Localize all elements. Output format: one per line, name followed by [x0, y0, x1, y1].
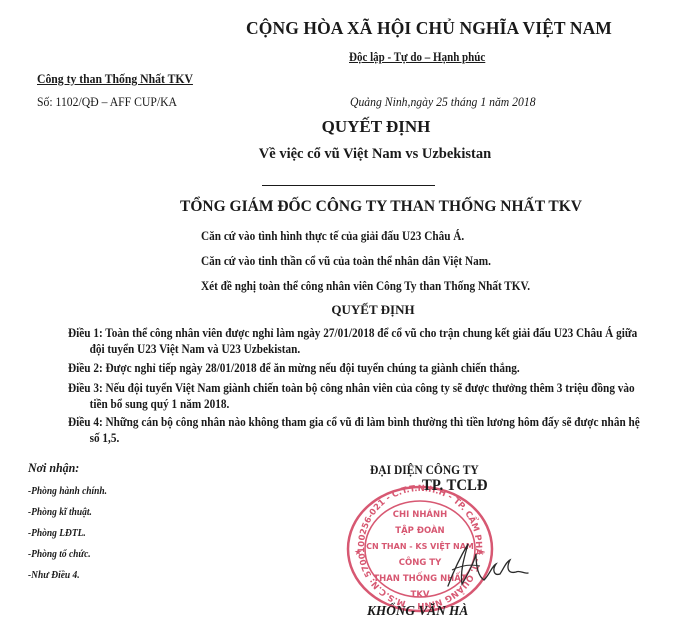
article-continuation: tiền bổ sung quý 1 năm 2018. — [68, 396, 635, 412]
article-continuation: số 1,5. — [68, 430, 640, 446]
stamp-line: TKV — [411, 590, 430, 600]
stamp-line: TẬP ĐOÀN — [395, 524, 444, 536]
article-3: Điều 3: Nếu đội tuyển Việt Nam giành chi… — [68, 380, 635, 412]
recipient-item: -Phòng LĐTL. — [28, 528, 86, 539]
signature-icon — [440, 540, 530, 590]
decision-sub-title: QUYẾT ĐỊNH — [0, 302, 700, 318]
place-date: Quảng Ninh,ngày 25 tháng 1 năm 2018 — [350, 94, 536, 110]
article-1: Điều 1: Toàn thể công nhân viên được ngh… — [68, 325, 637, 357]
basis-item: Xét đề nghị toàn thể công nhân viên Công… — [201, 279, 530, 294]
article-4: Điều 4: Những cán bộ công nhân nào không… — [68, 414, 640, 446]
stamp-line: CHI NHÁNH — [393, 508, 448, 520]
article-continuation: đội tuyển U23 Việt Nam và U23 Uzbekistan… — [68, 341, 637, 357]
recipient-item: -Phòng hành chính. — [28, 486, 107, 497]
separator-line — [262, 185, 435, 186]
article-line: Điều 2: Được nghỉ tiếp ngày 28/01/2018 đ… — [68, 361, 520, 375]
stamp-star-left: ★ — [354, 547, 362, 557]
nation-motto: Độc lập - Tự do – Hạnh phúc — [349, 50, 485, 65]
stamp-line: CÔNG TY — [399, 556, 442, 568]
recipient-item: -Như Điều 4. — [28, 570, 80, 581]
recipients-label: Nơi nhận: — [28, 460, 79, 476]
article-2: Điều 2: Được nghỉ tiếp ngày 28/01/2018 đ… — [68, 360, 520, 376]
recipient-item: -Phòng tổ chức. — [28, 549, 91, 560]
basis-item: Căn cứ vào tinh thần cổ vũ của toàn thể … — [201, 254, 491, 269]
signer-title: ĐẠI DIỆN CÔNG TY — [370, 463, 479, 478]
article-line: Điều 1: Toàn thể công nhân viên được ngh… — [68, 326, 637, 340]
recipient-item: -Phòng kĩ thuật. — [28, 507, 92, 518]
issuer-title: TỔNG GIÁM ĐỐC CÔNG TY THAN THỐNG NHẤT TK… — [0, 198, 700, 216]
signer-name: KHỔNG VĂN HÀ — [367, 604, 468, 620]
signer-department: TP. TCLĐ — [422, 477, 487, 495]
nation-title: CỘNG HÒA XÃ HỘI CHỦ NGHĨA VIỆT NAM — [0, 18, 700, 39]
company-name: Công ty than Thống Nhất TKV — [37, 71, 193, 87]
decision-subject: Về việc cổ vũ Việt Nam vs Uzbekistan — [0, 146, 700, 163]
basis-item: Căn cứ vào tình hình thực tế của giải đấ… — [201, 229, 464, 244]
document-number: Số: 1102/QĐ – AFF CUP/KA — [37, 94, 177, 110]
article-line: Điều 4: Những cán bộ công nhân nào không… — [68, 415, 640, 429]
decision-title: QUYẾT ĐỊNH — [0, 117, 700, 137]
article-line: Điều 3: Nếu đội tuyển Việt Nam giành chi… — [68, 381, 635, 395]
